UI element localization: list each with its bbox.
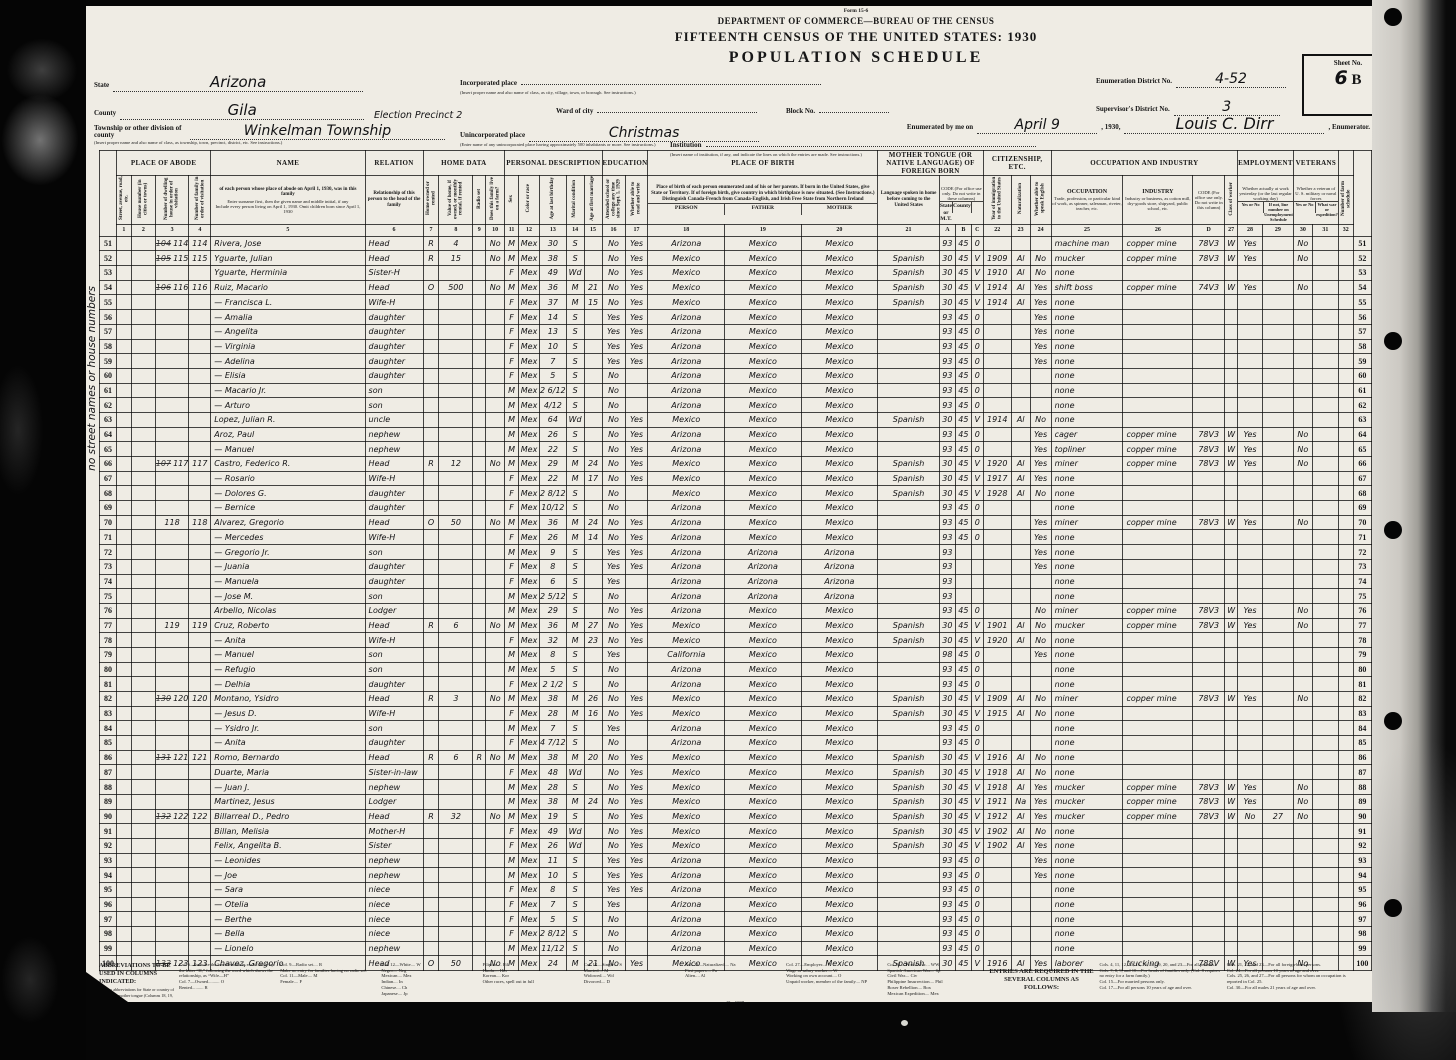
cell-occupation-code: 78V3 [1193, 618, 1225, 633]
cell-dwelling-number: 104114 [155, 236, 189, 251]
cell-industry [1123, 927, 1193, 942]
cell-dwelling-number [155, 295, 189, 310]
line-number: 56 [1353, 310, 1371, 325]
cell-street [116, 280, 131, 295]
cell-read-write: Yes [625, 618, 648, 633]
cell-war [1312, 633, 1338, 648]
cell-home-owned-rented [423, 838, 439, 853]
cell-code-b: 45 [955, 251, 971, 266]
cell-war [1312, 398, 1338, 413]
cell-war [1312, 721, 1338, 736]
cell-street [116, 559, 131, 574]
cell-speaks-english: No [1030, 750, 1051, 765]
cell-marital-condition: M [566, 794, 584, 809]
cell-relation: Head [365, 251, 423, 266]
cell-mother-tongue: Spanish [878, 794, 940, 809]
cell-occupation: none [1051, 824, 1123, 839]
cell-relation: son [365, 398, 423, 413]
cell-code-b: 45 [955, 824, 971, 839]
cell-mother-tongue [878, 339, 940, 354]
line-number: 87 [100, 765, 117, 780]
cell-color-race: Mex [519, 471, 540, 486]
cell-farm [486, 545, 505, 560]
enumeration-district-field: Enumeration District No. 4-52 [1096, 70, 1286, 88]
cell-attended-school: No [602, 280, 625, 295]
line-number: 98 [100, 927, 117, 942]
cell-dwelling-number: 105115 [155, 251, 189, 266]
cell-birthplace-father: Mexico [725, 486, 802, 501]
cell-code-b: 45 [955, 853, 971, 868]
cell-attended-school: Yes [602, 882, 625, 897]
cell-birthplace-person: Arizona [648, 398, 725, 413]
cell-code-c [971, 589, 983, 604]
cell-occupation-code [1193, 706, 1225, 721]
cell-farm-schedule [1338, 662, 1353, 677]
cell-farm [486, 383, 505, 398]
cell-farm [486, 882, 505, 897]
cell-birthplace-person: Arizona [648, 427, 725, 442]
cell-name: — Jesus D. [211, 706, 365, 721]
cell-birthplace-mother: Mexico [801, 853, 878, 868]
cell-farm [486, 662, 505, 677]
cell-code-c: 0 [971, 897, 983, 912]
cell-naturalization [1011, 545, 1030, 560]
cell-farm-schedule [1338, 603, 1353, 618]
cell-occupation: none [1051, 838, 1123, 853]
line-number: 89 [1353, 794, 1371, 809]
line-number: 53 [100, 266, 117, 281]
cell-age: 5 [540, 662, 567, 677]
cell-age-first-marriage [584, 809, 602, 824]
cell-worker-class: W [1225, 794, 1238, 809]
abbreviation-block-3: Col. 12—White.... W Negro.... Neg Mexica… [381, 962, 477, 996]
line-number: 78 [100, 633, 117, 648]
cell-war [1312, 736, 1338, 751]
cell-dwelling-number [155, 897, 189, 912]
cell-industry [1123, 589, 1193, 604]
cell-war [1312, 706, 1338, 721]
cell-farm-schedule [1338, 471, 1353, 486]
cell-war [1312, 280, 1338, 295]
cell-name: — Joe [211, 868, 365, 883]
cell-home-owned-rented [423, 603, 439, 618]
cell-farm: No [486, 457, 505, 472]
cell-worker-class [1225, 530, 1238, 545]
cell-mother-tongue: Spanish [878, 706, 940, 721]
cell-mother-tongue: Spanish [878, 809, 940, 824]
cell-home-owned-rented [423, 647, 439, 662]
cell-radio-set [473, 647, 486, 662]
cell-birthplace-person: Arizona [648, 236, 725, 251]
cell-farm [486, 310, 505, 325]
cell-veteran [1293, 765, 1312, 780]
cell-family-number [189, 383, 211, 398]
cell-sex: M [505, 941, 519, 956]
cell-code-b: 45 [955, 501, 971, 516]
township-value: Winkelman Township [244, 123, 391, 139]
cell-code-a: 30 [939, 412, 955, 427]
line-number: 52 [1353, 251, 1371, 266]
column-number-birthplace-father: 19 [725, 224, 802, 236]
cell-home-value [439, 927, 473, 942]
cell-immigration-year: 1902 [983, 838, 1011, 853]
cell-sex: M [505, 398, 519, 413]
cell-worker-class [1225, 412, 1238, 427]
cell-mother-tongue [878, 530, 940, 545]
cell-marital-condition: S [566, 383, 584, 398]
cell-occupation-code [1193, 310, 1225, 325]
cell-unemployment-line [1262, 295, 1293, 310]
enumerated-line: Enumerated by me on April 9 , 1930, Loui… [786, 116, 1370, 134]
cell-dwelling-number [155, 266, 189, 281]
cell-code-c: 0 [971, 736, 983, 751]
cell-mother-tongue [878, 310, 940, 325]
cell-code-c: 0 [971, 662, 983, 677]
cell-birthplace-person: Mexico [648, 618, 725, 633]
schedule-row-61: 61— Macario Jr.sonMMex2 6/12SNoArizonaMe… [100, 383, 1372, 398]
cell-family-number [189, 868, 211, 883]
cell-birthplace-mother: Mexico [801, 412, 878, 427]
cell-relation: Wife-H [365, 530, 423, 545]
cell-industry [1123, 398, 1193, 413]
cell-immigration-year: 1917 [983, 471, 1011, 486]
column-header-employment: Whether actually at work yesterday (or t… [1238, 176, 1294, 225]
cell-farm-schedule [1338, 545, 1353, 560]
cell-color-race: Mex [519, 721, 540, 736]
line-number: 61 [100, 383, 117, 398]
cell-naturalization [1011, 853, 1030, 868]
cell-birthplace-mother: Mexico [801, 721, 878, 736]
cell-color-race: Mex [519, 941, 540, 956]
cell-war [1312, 692, 1338, 707]
cell-farm-schedule [1338, 927, 1353, 942]
cell-industry [1123, 882, 1193, 897]
line-number: 99 [1353, 941, 1371, 956]
schedule-row-88: 88— Juan J.nephewMMex28SNoYesMexicoMexic… [100, 780, 1372, 795]
cell-birthplace-father: Mexico [725, 266, 802, 281]
cell-occupation: none [1051, 750, 1123, 765]
cell-street [116, 897, 131, 912]
cell-sex: F [505, 677, 519, 692]
cell-code-a: 93 [939, 383, 955, 398]
cell-street [116, 251, 131, 266]
cell-house-number [131, 765, 155, 780]
cell-sex: F [505, 838, 519, 853]
cell-family-number [189, 853, 211, 868]
cell-birthplace-person: Mexico [648, 633, 725, 648]
cell-code-a: 93 [939, 398, 955, 413]
cell-code-a: 93 [939, 530, 955, 545]
cell-age-first-marriage: 24 [584, 457, 602, 472]
cell-sex: F [505, 339, 519, 354]
cell-immigration-year [983, 882, 1011, 897]
cell-immigration-year: 1920 [983, 633, 1011, 648]
cell-at-work: Yes [1238, 618, 1263, 633]
cell-birthplace-mother: Mexico [801, 780, 878, 795]
cell-naturalization [1011, 530, 1030, 545]
cell-house-number [131, 706, 155, 721]
cell-occupation-code [1193, 486, 1225, 501]
cell-worker-class: W [1225, 603, 1238, 618]
cell-unemployment-line [1262, 868, 1293, 883]
cell-farm [486, 427, 505, 442]
cell-sex: F [505, 706, 519, 721]
cell-radio-set [473, 324, 486, 339]
cell-dwelling-number [155, 412, 189, 427]
cell-name: Castro, Federico R. [211, 457, 365, 472]
cell-color-race: Mex [519, 897, 540, 912]
cell-family-number [189, 662, 211, 677]
cell-immigration-year: 1918 [983, 765, 1011, 780]
cell-age: 8 [540, 882, 567, 897]
cell-unemployment-line [1262, 368, 1293, 383]
cell-street [116, 324, 131, 339]
cell-home-owned-rented [423, 368, 439, 383]
column-header-farm: Does this family live on a farm? [486, 176, 505, 225]
cell-industry [1123, 354, 1193, 369]
precinct-note: Election Precinct 2 [374, 110, 462, 121]
cell-family-number [189, 310, 211, 325]
cell-marital-condition: S [566, 310, 584, 325]
cell-immigration-year [983, 912, 1011, 927]
cell-unemployment-line [1262, 515, 1293, 530]
cell-naturalization [1011, 354, 1030, 369]
cell-sex: M [505, 412, 519, 427]
line-number: 97 [100, 912, 117, 927]
cell-birthplace-mother: Mexico [801, 295, 878, 310]
line-number: 96 [1353, 897, 1371, 912]
cell-veteran [1293, 706, 1312, 721]
cell-house-number [131, 354, 155, 369]
cell-worker-class [1225, 721, 1238, 736]
cell-occupation: machine man [1051, 236, 1123, 251]
cell-unemployment-line [1262, 897, 1293, 912]
cell-war [1312, 471, 1338, 486]
cell-attended-school: No [602, 383, 625, 398]
line-number: 79 [1353, 647, 1371, 662]
cell-dwelling-number [155, 882, 189, 897]
cell-occupation-code [1193, 545, 1225, 560]
line-number: 51 [1353, 236, 1371, 251]
punch-hole [1384, 332, 1402, 350]
cell-age: 22 [540, 442, 567, 457]
cell-dwelling-number [155, 427, 189, 442]
cell-family-number [189, 295, 211, 310]
cell-industry: copper mine [1123, 236, 1193, 251]
cell-immigration-year [983, 662, 1011, 677]
cell-attended-school: No [602, 706, 625, 721]
cell-unemployment-line [1262, 310, 1293, 325]
cell-read-write: Yes [625, 295, 648, 310]
cell-at-work [1238, 354, 1263, 369]
cell-read-write: Yes [625, 324, 648, 339]
line-number: 55 [1353, 295, 1371, 310]
cell-color-race: Mex [519, 530, 540, 545]
cell-radio-set [473, 692, 486, 707]
cell-sex: F [505, 471, 519, 486]
cell-house-number [131, 236, 155, 251]
cell-age: 8 [540, 559, 567, 574]
cell-marital-condition: S [566, 398, 584, 413]
cell-birthplace-mother: Mexico [801, 398, 878, 413]
cell-veteran [1293, 647, 1312, 662]
cell-color-race: Mex [519, 310, 540, 325]
column-number-marital-condition: 14 [566, 224, 584, 236]
cell-mother-tongue [878, 677, 940, 692]
cell-dwelling-number [155, 780, 189, 795]
cell-immigration-year [983, 677, 1011, 692]
schedule-row-84: 84— Ysidro Jr.sonMMex7SYesArizonaMexicoM… [100, 721, 1372, 736]
cell-house-number [131, 310, 155, 325]
cell-age-first-marriage [584, 721, 602, 736]
cell-industry [1123, 486, 1193, 501]
cell-unemployment-line [1262, 736, 1293, 751]
cell-occupation: none [1051, 501, 1123, 516]
cell-family-number [189, 721, 211, 736]
cell-street [116, 662, 131, 677]
cell-home-owned-rented [423, 310, 439, 325]
cell-home-value: 3 [439, 692, 473, 707]
cell-at-work [1238, 310, 1263, 325]
cell-occupation-code: 74V3 [1193, 280, 1225, 295]
cell-home-value [439, 736, 473, 751]
cell-age-first-marriage [584, 647, 602, 662]
column-header-dwelling-number: Number of dwelling house in order of vis… [155, 176, 189, 225]
cell-birthplace-father: Arizona [725, 589, 802, 604]
cell-war [1312, 339, 1338, 354]
cell-birthplace-mother: Mexico [801, 677, 878, 692]
cell-immigration-year: 1909 [983, 251, 1011, 266]
cell-street [116, 442, 131, 457]
cell-sex: M [505, 603, 519, 618]
cell-street [116, 545, 131, 560]
cell-occupation: none [1051, 721, 1123, 736]
cell-code-c: 0 [971, 501, 983, 516]
schedule-row-51: 51104114114Rivera, JoseHeadR4NoMMex30SNo… [100, 236, 1372, 251]
cell-age: 7 [540, 897, 567, 912]
cell-dwelling-number [155, 310, 189, 325]
cell-marital-condition: M [566, 471, 584, 486]
ward-field: Ward of city [556, 100, 757, 118]
cell-attended-school: No [602, 442, 625, 457]
cell-unemployment-line [1262, 882, 1293, 897]
cell-name: Montano, Ysidro [211, 692, 365, 707]
cell-worker-class: W [1225, 515, 1238, 530]
line-number: 88 [1353, 780, 1371, 795]
cell-birthplace-father: Mexico [725, 853, 802, 868]
cell-attended-school: No [602, 251, 625, 266]
cell-radio-set [473, 824, 486, 839]
cell-war [1312, 427, 1338, 442]
cell-birthplace-father: Mexico [725, 354, 802, 369]
cell-mother-tongue [878, 868, 940, 883]
cell-relation: son [365, 545, 423, 560]
cell-name: — Francisca L. [211, 295, 365, 310]
cell-industry [1123, 912, 1193, 927]
cell-worker-class: W [1225, 442, 1238, 457]
line-number: 87 [1353, 765, 1371, 780]
cell-worker-class [1225, 927, 1238, 942]
cell-marital-condition: S [566, 603, 584, 618]
column-number-war: 31 [1312, 224, 1338, 236]
cell-farm [486, 647, 505, 662]
cell-code-b: 45 [955, 662, 971, 677]
cell-birthplace-person: Arizona [648, 559, 725, 574]
line-number: 94 [1353, 868, 1371, 883]
cell-industry [1123, 383, 1193, 398]
cell-unemployment-line [1262, 765, 1293, 780]
cell-birthplace-person: Arizona [648, 368, 725, 383]
cell-home-owned-rented [423, 354, 439, 369]
line-number: 77 [100, 618, 117, 633]
cell-war [1312, 310, 1338, 325]
cell-name: — Virginia [211, 339, 365, 354]
cell-dwelling-number: 106116 [155, 280, 189, 295]
cell-birthplace-mother: Mexico [801, 354, 878, 369]
cell-name: Romo, Bernardo [211, 750, 365, 765]
cell-relation: Head [365, 515, 423, 530]
cell-sex: F [505, 574, 519, 589]
cell-family-number [189, 266, 211, 281]
cell-farm-schedule [1338, 442, 1353, 457]
cell-at-work [1238, 324, 1263, 339]
cell-family-number [189, 354, 211, 369]
cell-mother-tongue [878, 721, 940, 736]
cell-veteran: No [1293, 236, 1312, 251]
cell-house-number [131, 251, 155, 266]
cell-occupation: shift boss [1051, 280, 1123, 295]
cell-radio-set [473, 295, 486, 310]
cell-radio-set [473, 941, 486, 956]
cell-veteran [1293, 897, 1312, 912]
cell-code-a: 30 [939, 692, 955, 707]
cell-industry [1123, 853, 1193, 868]
cell-age: 36 [540, 280, 567, 295]
cell-house-number [131, 545, 155, 560]
cell-unemployment-line [1262, 589, 1293, 604]
cell-farm-schedule [1338, 486, 1353, 501]
cell-home-value [439, 633, 473, 648]
cell-birthplace-person: Mexico [648, 692, 725, 707]
cell-age: 7 [540, 354, 567, 369]
cell-war [1312, 574, 1338, 589]
cell-name: — Manuela [211, 574, 365, 589]
cell-industry [1123, 647, 1193, 662]
cell-occupation: none [1051, 897, 1123, 912]
cell-naturalization [1011, 897, 1030, 912]
cell-occupation: none [1051, 765, 1123, 780]
cell-birthplace-mother: Mexico [801, 280, 878, 295]
cell-immigration-year [983, 383, 1011, 398]
cell-house-number [131, 662, 155, 677]
cell-farm [486, 765, 505, 780]
cell-war [1312, 794, 1338, 809]
cell-birthplace-person: Arizona [648, 941, 725, 956]
cell-at-work [1238, 383, 1263, 398]
cell-code-c [971, 545, 983, 560]
cell-street [116, 266, 131, 281]
cell-war [1312, 868, 1338, 883]
cell-dwelling-number [155, 383, 189, 398]
cell-unemployment-line [1262, 912, 1293, 927]
cell-mother-tongue [878, 368, 940, 383]
line-number: 63 [1353, 412, 1371, 427]
cell-radio-set [473, 794, 486, 809]
cell-read-write: Yes [625, 266, 648, 281]
cell-house-number [131, 266, 155, 281]
cell-unemployment-line [1262, 559, 1293, 574]
cell-home-value [439, 721, 473, 736]
